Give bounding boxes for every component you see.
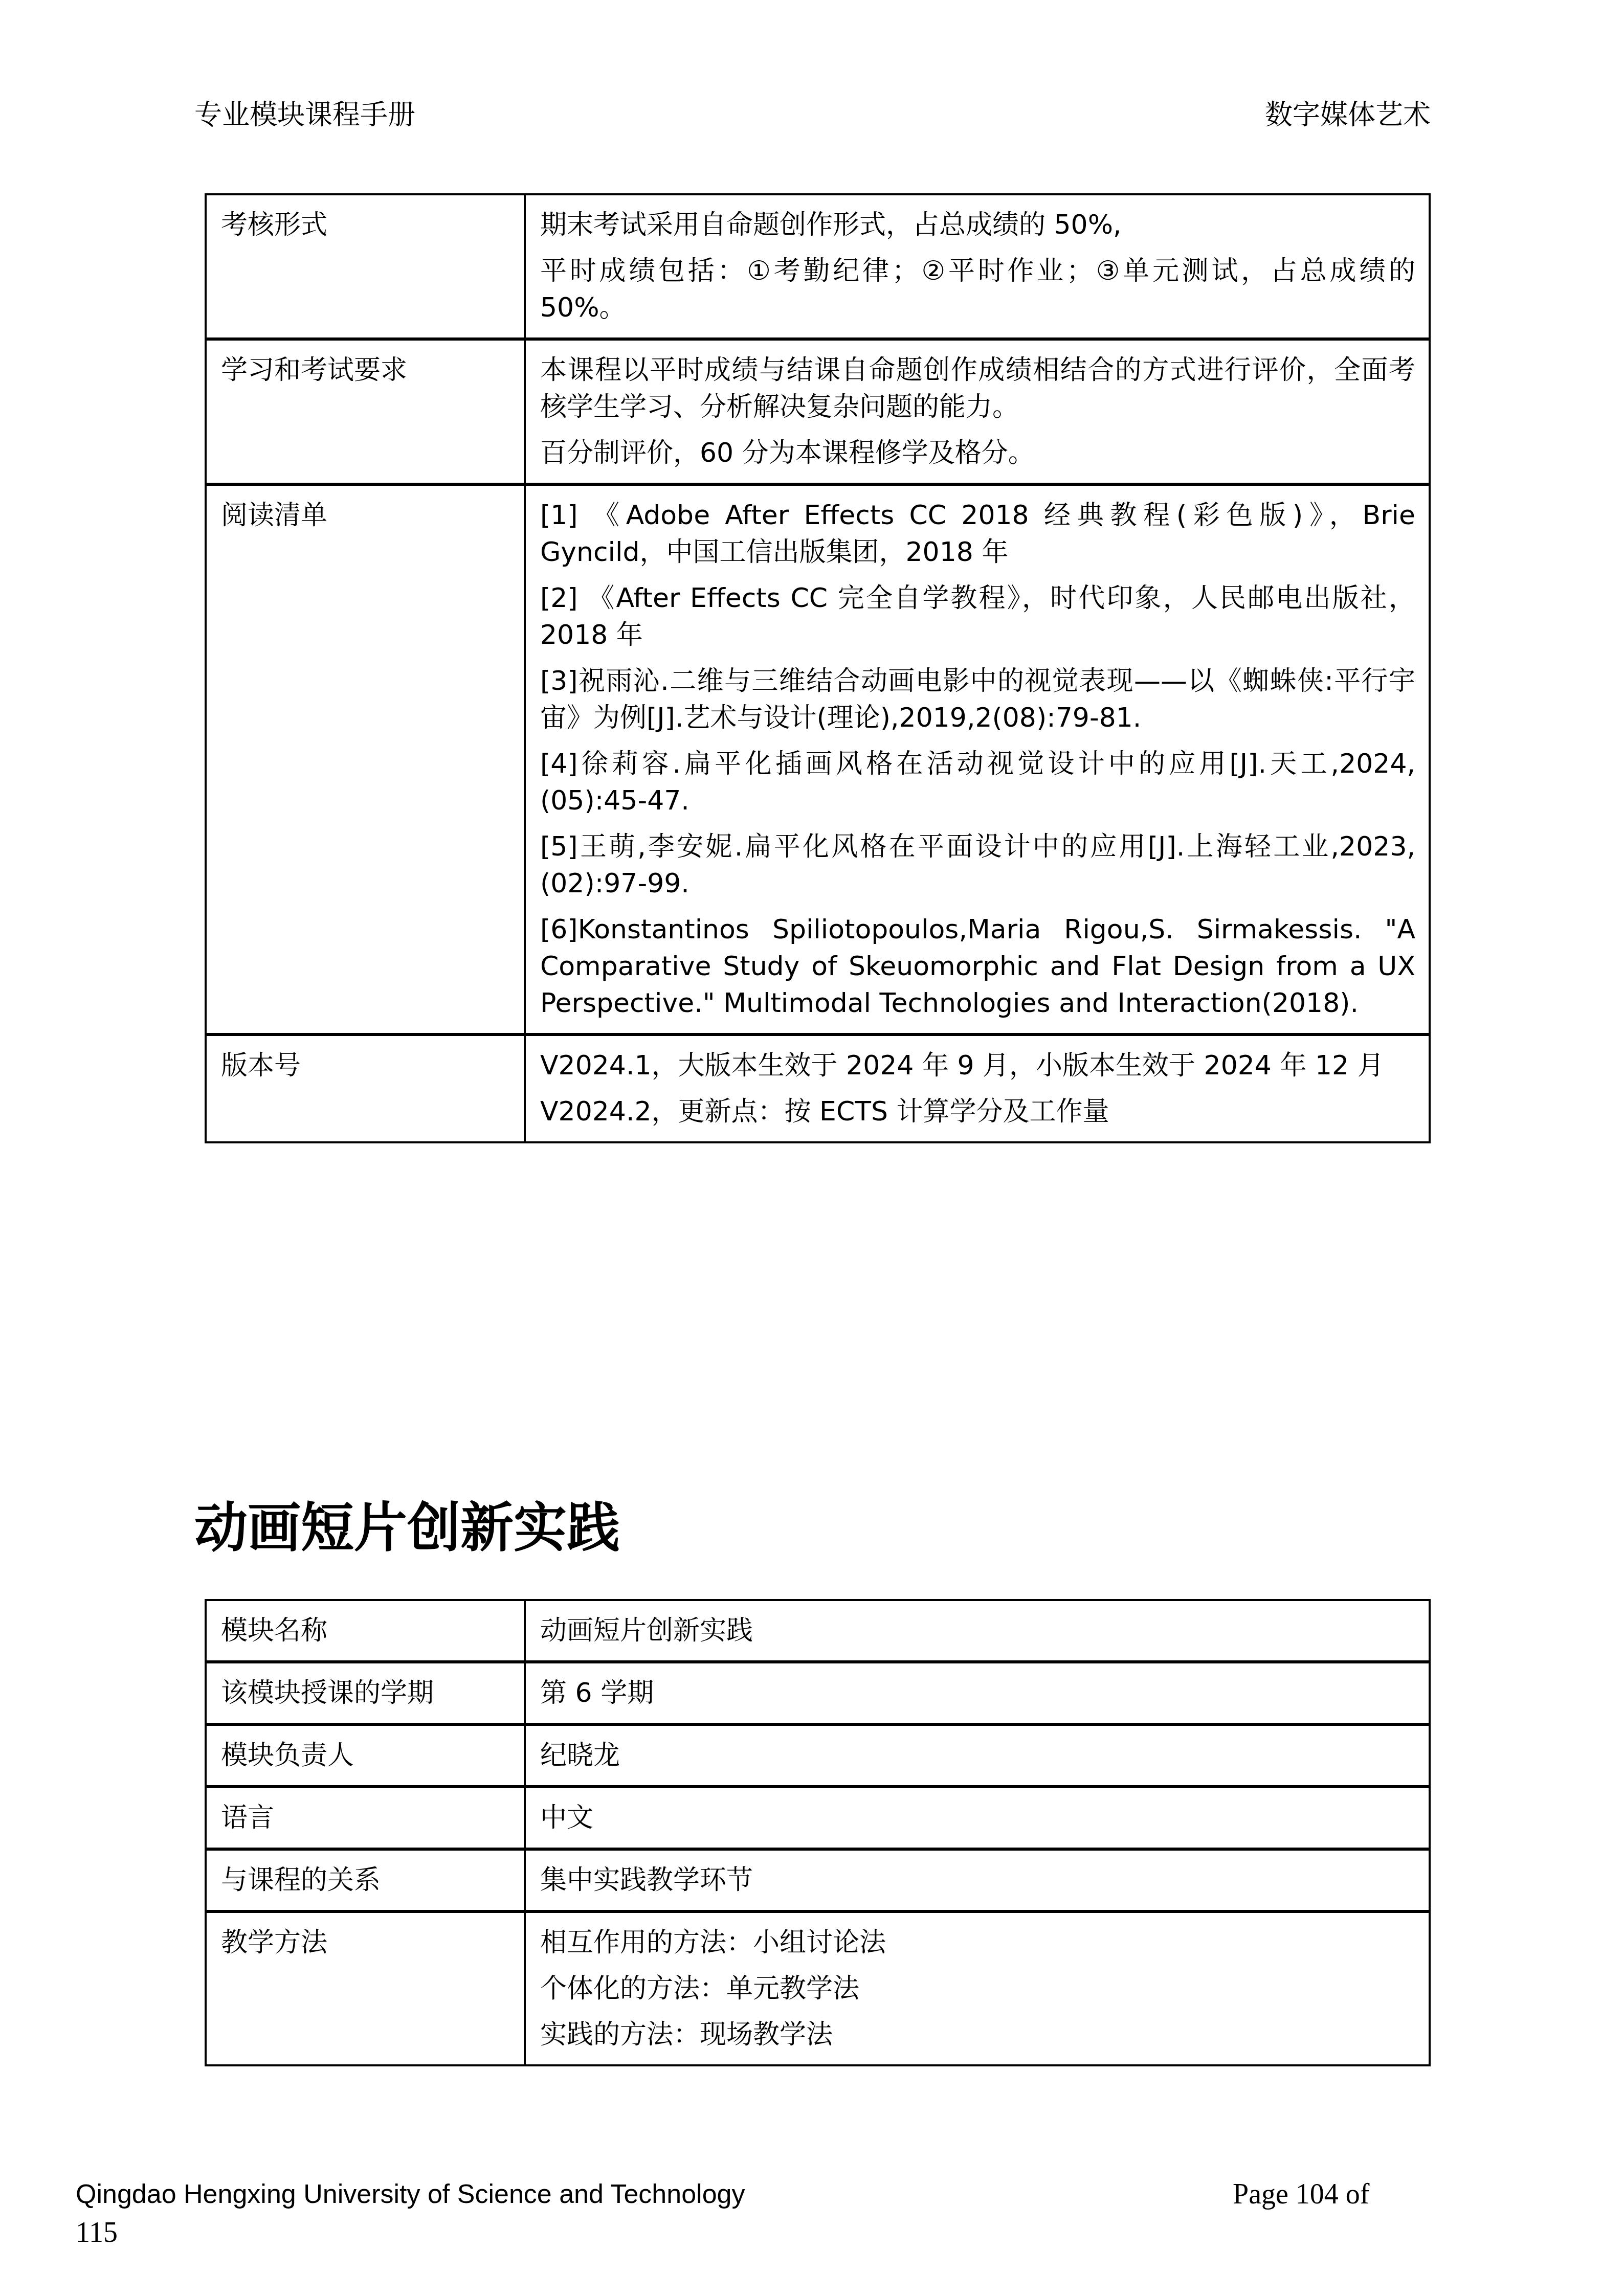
row-value: V2024.1，大版本生效于 2024 年 9 月，小版本生效于 2024 年 … [525,1034,1430,1142]
table-row-version: 版本号 V2024.1，大版本生效于 2024 年 9 月，小版本生效于 202… [206,1034,1430,1142]
value-paragraph: 纪晓龙 [540,1737,1415,1774]
footer-total-pages: 115 [76,2214,118,2251]
row-label: 教学方法 [206,1911,525,2065]
table-row-semester: 该模块授课的学期 第 6 学期 [206,1662,1430,1724]
row-label: 该模块授课的学期 [206,1662,525,1724]
value-paragraph: V2024.1，大版本生效于 2024 年 9 月，小版本生效于 2024 年 … [540,1047,1415,1084]
row-label: 模块负责人 [206,1724,525,1787]
row-value: 相互作用的方法：小组讨论法 个体化的方法：单元教学法 实践的方法：现场教学法 [525,1911,1430,2065]
row-value: 动画短片创新实践 [525,1600,1430,1662]
reading-item: [2] 《After Effects CC 完全自学教程》，时代印象，人民邮电出… [540,580,1415,654]
row-label: 学习和考试要求 [206,339,525,484]
value-paragraph: 相互作用的方法：小组讨论法 [540,1924,1415,1961]
value-paragraph: 中文 [540,1799,1415,1836]
value-paragraph: 本课程以平时成绩与结课自命题创作成绩相结合的方式进行评价，全面考核学生学习、分析… [540,352,1415,425]
row-value: 第 6 学期 [525,1662,1430,1724]
table-row-language: 语言 中文 [206,1787,1430,1849]
value-paragraph: 平时成绩包括：①考勤纪律；②平时作业；③单元测试，占总成绩的 50%。 [540,253,1415,326]
value-paragraph: 第 6 学期 [540,1675,1415,1712]
table-row-module-leader: 模块负责人 纪晓龙 [206,1724,1430,1787]
table-row-module-name: 模块名称 动画短片创新实践 [206,1600,1430,1662]
reading-item: [1] 《Adobe After Effects CC 2018 经典教程(彩色… [540,497,1415,571]
row-label: 阅读清单 [206,484,525,1034]
table-row-assessment-form: 考核形式 期末考试采用自命题创作形式，占总成绩的 50%, 平时成绩包括：①考勤… [206,194,1430,339]
running-header-title: 专业模块课程手册 [194,97,415,133]
table-row-study-exam-requirements: 学习和考试要求 本课程以平时成绩与结课自命题创作成绩相结合的方式进行评价，全面考… [206,339,1430,484]
reading-item: [6]Konstantinos Spiliotopoulos,Maria Rig… [540,911,1415,1022]
row-label: 语言 [206,1787,525,1849]
value-paragraph: 期末考试采用自命题创作形式，占总成绩的 50%, [540,207,1415,243]
footer-university: Qingdao Hengxing University of Science a… [76,2176,745,2213]
row-value: 期末考试采用自命题创作形式，占总成绩的 50%, 平时成绩包括：①考勤纪律；②平… [525,194,1430,339]
module-info-table-previous: 考核形式 期末考试采用自命题创作形式，占总成绩的 50%, 平时成绩包括：①考勤… [205,193,1431,1143]
row-label: 与课程的关系 [206,1849,525,1911]
row-value: 集中实践教学环节 [525,1849,1430,1911]
value-paragraph: 集中实践教学环节 [540,1862,1415,1899]
reading-item: [4]徐莉容.扁平化插画风格在活动视觉设计中的应用[J].天工,2024,(05… [540,746,1415,819]
row-label: 模块名称 [206,1600,525,1662]
section-title: 动画短片创新实践 [194,1492,620,1564]
reading-item: [5]王萌,李安妮.扁平化风格在平面设计中的应用[J].上海轻工业,2023,(… [540,828,1415,902]
value-paragraph: V2024.2，更新点：按 ECTS 计算学分及工作量 [540,1093,1415,1130]
row-label: 版本号 [206,1034,525,1142]
reading-item: [3]祝雨沁.二维与三维结合动画电影中的视觉表现——以《蜘蛛侠:平行宇宙》为例[… [540,663,1415,736]
row-label: 考核形式 [206,194,525,339]
row-value: 本课程以平时成绩与结课自命题创作成绩相结合的方式进行评价，全面考核学生学习、分析… [525,339,1430,484]
table-row-reading-list: 阅读清单 [1] 《Adobe After Effects CC 2018 经典… [206,484,1430,1034]
value-paragraph: 百分制评价，60 分为本课程修学及格分。 [540,435,1415,471]
table-row-teaching-methods: 教学方法 相互作用的方法：小组讨论法 个体化的方法：单元教学法 实践的方法：现场… [206,1911,1430,2065]
row-value: 纪晓龙 [525,1724,1430,1787]
value-paragraph: 实践的方法：现场教学法 [540,2016,1415,2053]
row-value: 中文 [525,1787,1430,1849]
running-header-major: 数字媒体艺术 [1265,97,1431,133]
footer-page-number: Page 104 of [1233,2176,1370,2213]
value-paragraph: 个体化的方法：单元教学法 [540,1970,1415,2007]
module-info-table: 模块名称 动画短片创新实践 该模块授课的学期 第 6 学期 模块负责人 纪晓龙 … [205,1599,1431,2066]
row-value: [1] 《Adobe After Effects CC 2018 经典教程(彩色… [525,484,1430,1034]
table-row-course-relation: 与课程的关系 集中实践教学环节 [206,1849,1430,1911]
value-paragraph: 动画短片创新实践 [540,1612,1415,1649]
